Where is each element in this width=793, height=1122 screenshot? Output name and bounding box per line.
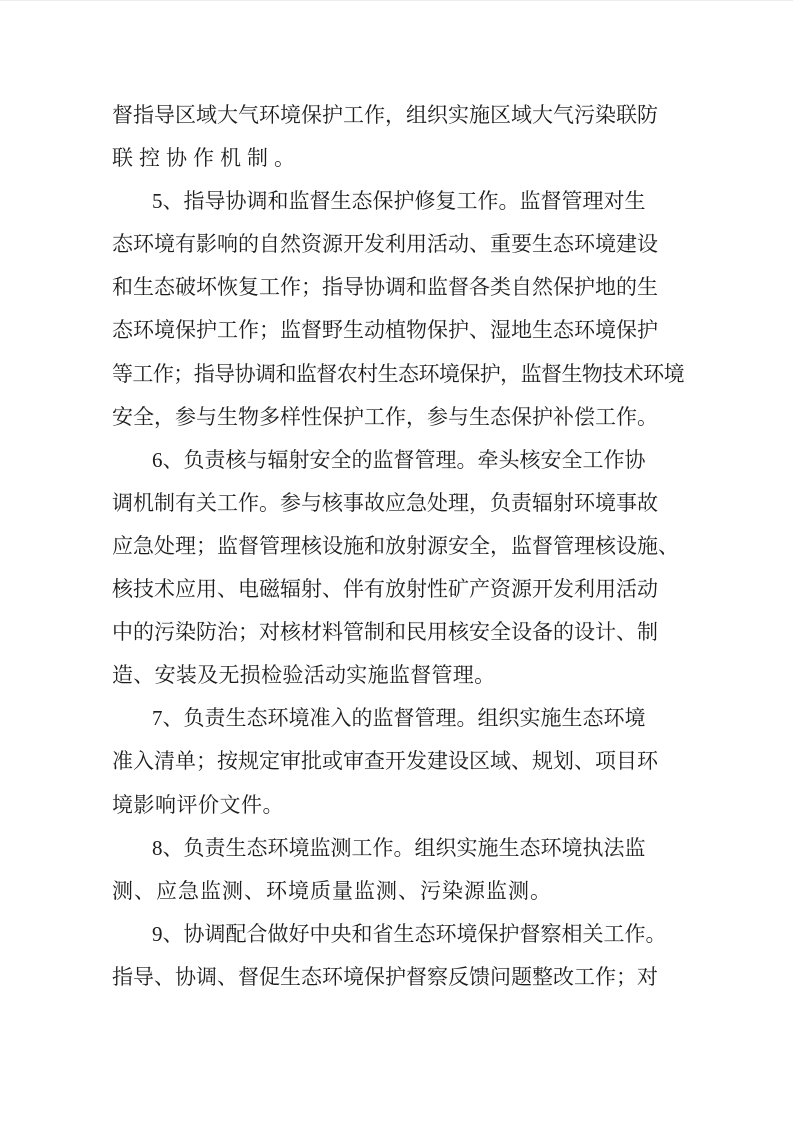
text-line: 7、负责生态环境准入的监督管理。组织实施生态环境 [112, 697, 684, 740]
text-line: 应急处理；监督管理核设施和放射源安全，监督管理核设施、 [112, 525, 684, 568]
document-page: 督指导区域大气环境保护工作，组织实施区域大气污染联防联控协作机制。5、指导协调和… [0, 0, 793, 1122]
text-line: 态环境有影响的自然资源开发利用活动、重要生态环境建设 [112, 223, 684, 266]
text-line: 中的污染防治；对核材料管制和民用核安全设备的设计、制 [112, 611, 684, 654]
text-line: 指导、协调、督促生态环境保护督察反馈问题整改工作；对 [112, 956, 684, 999]
text-line: 9、协调配合做好中央和省生态环境保护督察相关工作。 [112, 913, 684, 956]
text-line: 8、负责生态环境监测工作。组织实施生态环境执法监 [112, 827, 684, 870]
text-line: 准入清单；按规定审批或审查开发建设区域、规划、项目环 [112, 740, 684, 783]
text-line: 测、应急监测、环境质量监测、污染源监测。 [112, 870, 684, 913]
text-line: 造、安装及无损检验活动实施监督管理。 [112, 654, 684, 697]
paragraph-9: 9、协调配合做好中央和省生态环境保护督察相关工作。指导、协调、督促生态环境保护督… [112, 913, 684, 999]
paragraph-6: 6、负责核与辐射安全的监督管理。牵头核安全工作协调机制有关工作。参与核事故应急处… [112, 439, 684, 698]
text-line: 调机制有关工作。参与核事故应急处理，负责辐射环境事故 [112, 482, 684, 525]
text-line: 态环境保护工作；监督野生动植物保护、湿地生态环境保护 [112, 309, 684, 352]
text-line: 境影响评价文件。 [112, 784, 684, 827]
paragraph-5: 5、指导协调和监督生态保护修复工作。监督管理对生态环境有影响的自然资源开发利用活… [112, 180, 684, 439]
text-line: 联控协作机制。 [112, 137, 684, 180]
text-line: 6、负责核与辐射安全的监督管理。牵头核安全工作协 [112, 439, 684, 482]
document-body: 督指导区域大气环境保护工作，组织实施区域大气污染联防联控协作机制。5、指导协调和… [112, 94, 684, 999]
text-line: 督指导区域大气环境保护工作，组织实施区域大气污染联防 [112, 94, 684, 137]
paragraph-7: 7、负责生态环境准入的监督管理。组织实施生态环境准入清单；按规定审批或审查开发建… [112, 697, 684, 826]
text-line: 和生态破坏恢复工作；指导协调和监督各类自然保护地的生 [112, 266, 684, 309]
text-line: 等工作；指导协调和监督农村生态环境保护，监督生物技术环境 [112, 353, 684, 396]
text-line: 安全，参与生物多样性保护工作，参与生态保护补偿工作。 [112, 396, 684, 439]
text-line: 核技术应用、电磁辐射、伴有放射性矿产资源开发利用活动 [112, 568, 684, 611]
page-top-edge [0, 0, 793, 1]
text-line: 5、指导协调和监督生态保护修复工作。监督管理对生 [112, 180, 684, 223]
paragraph-continued: 督指导区域大气环境保护工作，组织实施区域大气污染联防联控协作机制。 [112, 94, 684, 180]
paragraph-8: 8、负责生态环境监测工作。组织实施生态环境执法监测、应急监测、环境质量监测、污染… [112, 827, 684, 913]
